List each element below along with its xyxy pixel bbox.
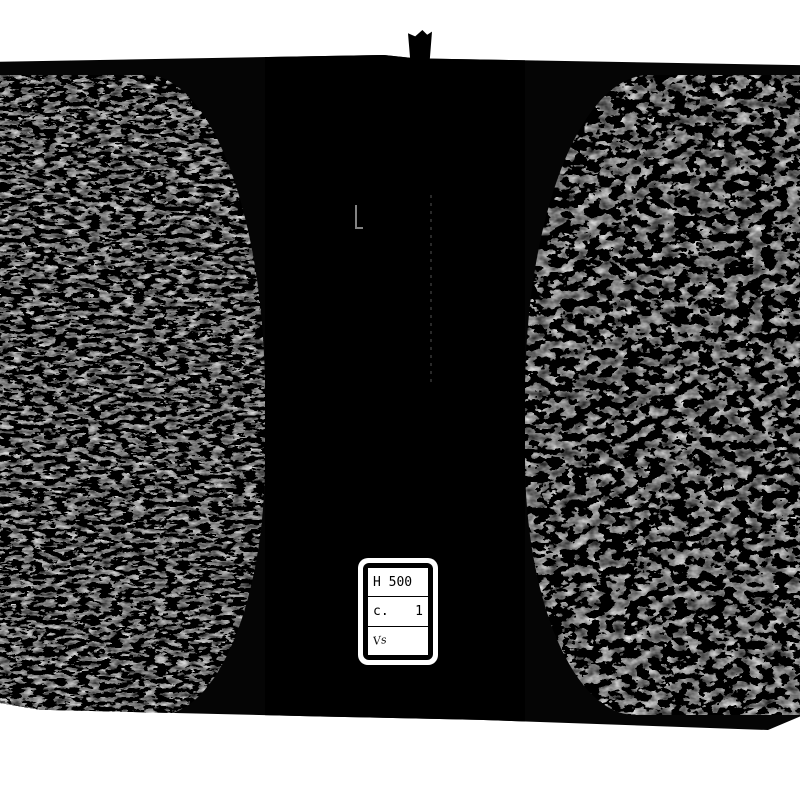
spine-crease [430, 195, 432, 385]
handwritten-note: Vs [372, 633, 387, 648]
copy-prefix: c. [373, 604, 389, 619]
spine-mark [355, 205, 363, 229]
copy-number: 1 [415, 604, 423, 619]
label-handwritten: Vs [368, 627, 428, 655]
label-copy: c. 1 [368, 597, 428, 626]
headband-tear [408, 30, 432, 62]
call-number-text: H 500 [373, 575, 412, 590]
book-binding-scan: H 500 c. 1 Vs [0, 0, 800, 800]
back-board-texture [525, 75, 800, 715]
front-board-texture [0, 75, 265, 715]
call-number-label: H 500 c. 1 Vs [358, 558, 438, 665]
label-call-number: H 500 [368, 568, 428, 597]
